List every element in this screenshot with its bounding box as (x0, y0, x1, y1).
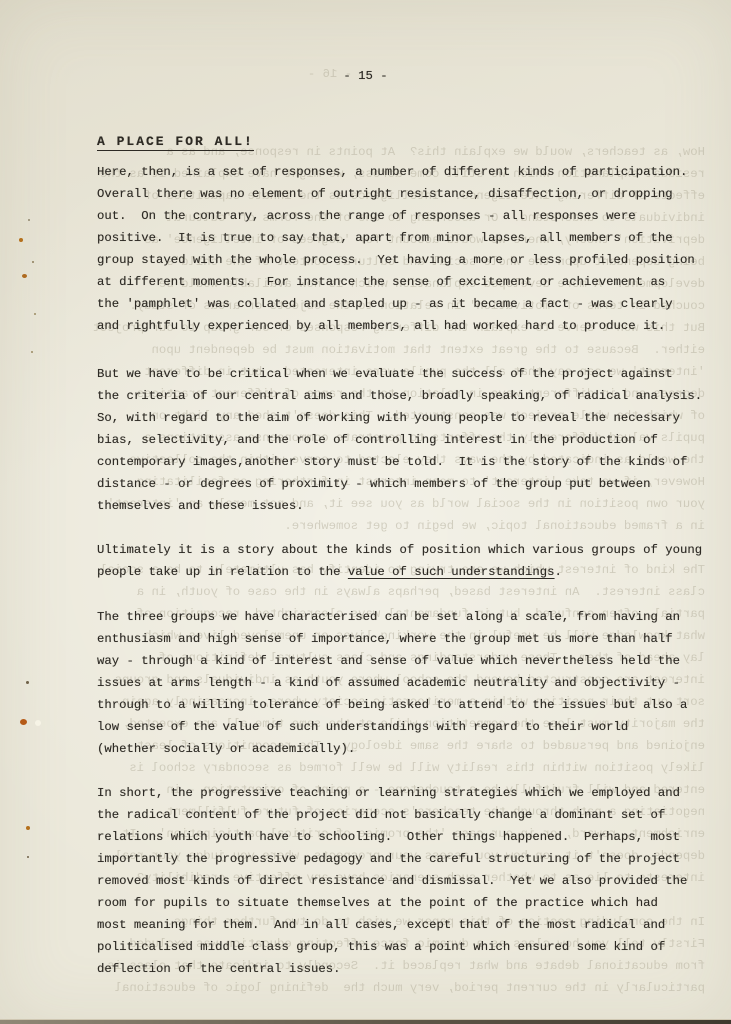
stain-dot (22, 274, 27, 278)
paragraph-ultimately-end: . (555, 565, 562, 579)
paragraph-critical-evaluation: But we have to be critical when we evalu… (97, 363, 719, 517)
scanned-page: - 16 - How, as teachers, would we explai… (0, 0, 731, 1024)
speck (31, 351, 33, 353)
stain-dot (19, 238, 23, 242)
pale-spot (35, 720, 41, 726)
paragraph-in-short: In short, the progressive teaching or le… (97, 782, 719, 980)
speck (28, 219, 30, 221)
section-heading: A PLACE FOR ALL! (97, 131, 254, 153)
stain-dot (20, 719, 27, 725)
page-number: - 15 - (0, 65, 731, 87)
section-heading-text: A PLACE FOR ALL! (97, 134, 254, 151)
paragraph-three-groups: The three groups we have characterised c… (97, 606, 719, 760)
paragraph-ultimately: Ultimately it is a story about the kinds… (97, 539, 719, 583)
speck (34, 313, 36, 315)
paragraph-responses: Here, then, is a set of responses, a num… (97, 161, 719, 337)
speck (26, 681, 29, 684)
page-bottom-edge (0, 1019, 731, 1024)
speck (27, 856, 29, 858)
underlined-phrase: value of such understandings (348, 565, 555, 579)
speck (32, 261, 34, 263)
stain-dot (26, 826, 30, 830)
